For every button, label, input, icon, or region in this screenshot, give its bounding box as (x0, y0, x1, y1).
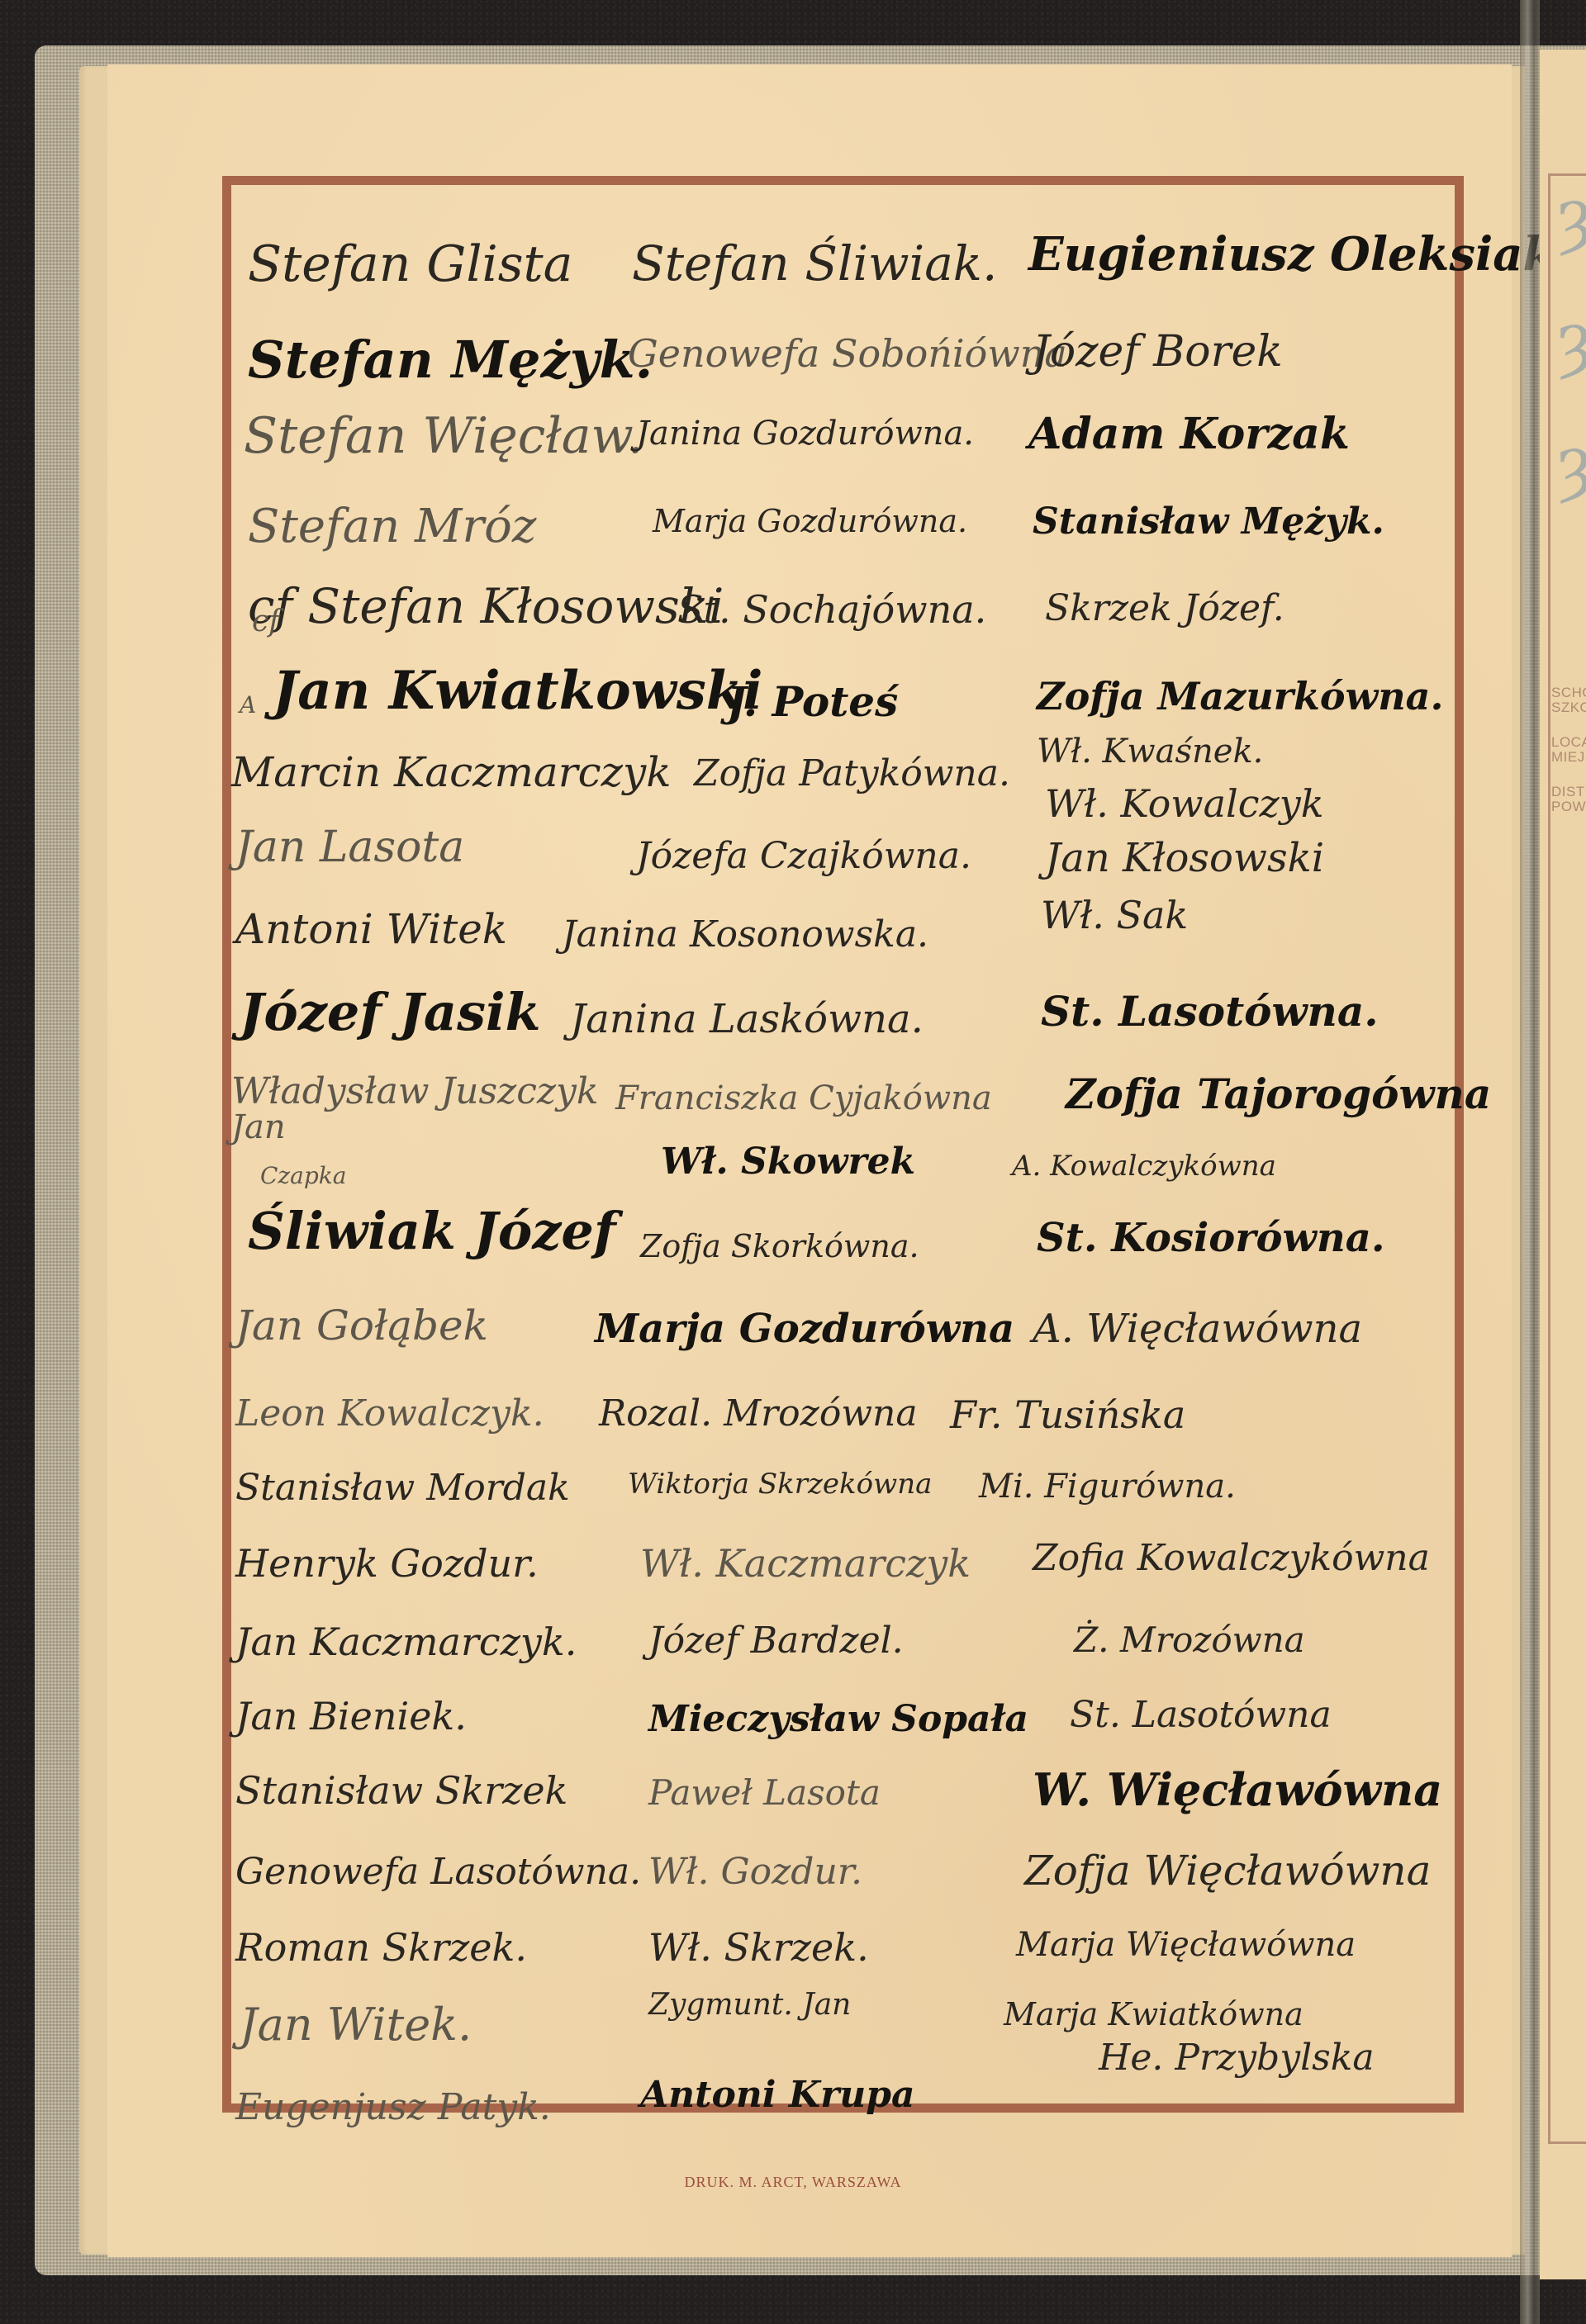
signature-r8-c3: Wł. Kowalczyk (1045, 785, 1324, 823)
signature-r20-c1: Jan Bieniek. (235, 1697, 467, 1735)
signature-r18-c2: Wł. Kaczmarczyk (640, 1544, 971, 1582)
signature-r10-c2: Janina Kosonowska. (562, 917, 928, 953)
adjacent-label-school: SCHO SZKO (1551, 685, 1586, 715)
signature-r22-c2: Wł. Gozdur. (648, 1854, 862, 1890)
signature-r20-c2: Mieczysław Sopała (648, 1701, 1028, 1738)
signature-r13-c2: Wł. Skowrek (661, 1144, 915, 1180)
signature-r11-c2: Janina Laskówna. (570, 999, 924, 1039)
signature-r3-c2: Janina Gozdurówna. (636, 417, 974, 450)
signature-r10-c1: Antoni Witek (235, 908, 507, 950)
signature-r21-c1: Stanisław Skrzek (235, 1771, 567, 1809)
adjacent-label-location: LOCA MIEJS (1551, 735, 1586, 765)
signature-r22-c1: Genowefa Lasotówna. (235, 1854, 641, 1890)
signature-r12-c2: Franciszka Cyjakówna (615, 1082, 992, 1115)
signature-r15-c3: A. Więcławówna (1033, 1309, 1362, 1349)
signature-r16-c2: Rozal. Mrozówna (599, 1396, 918, 1432)
signature-r11-c3: St. Lasotówna. (1041, 991, 1379, 1032)
adjacent-page: Ȝ Ȝ Ȝ SCHO SZKO LOCA MIEJS DISTR POW (1540, 50, 1586, 2279)
signature-r12-c1: Władysław Juszczyk (231, 1074, 599, 1110)
ornament-icon: Ȝ (1556, 314, 1586, 382)
signature-r17-c3: Mi. Figurówna. (979, 1470, 1236, 1503)
signature-r19-c3: Ż. Mrozówna (1074, 1623, 1305, 1658)
signature-r25-c3: He. Przybylska (1099, 2040, 1375, 2076)
signature-r2-c1: Stefan Mężyk. (248, 334, 653, 386)
signature-r26-c1: Eugenjusz Patyk. (235, 2089, 551, 2126)
signature-r4-c3: Stanisław Mężyk. (1033, 504, 1384, 540)
signature-r13-c1: Jan (231, 1111, 286, 1144)
margin-mark-a: A (240, 694, 256, 717)
signature-r17-c2: Wiktorja Skrzekówna (628, 1470, 932, 1498)
signature-r24-c2: Zygmunt. Jan (648, 1990, 851, 2020)
signature-r3-c1: Stefan Więcław. (244, 411, 643, 461)
signature-r2-c2: Genowefa Sobońiówna (628, 334, 1067, 372)
signature-r18-c1: Henryk Gozdur. (235, 1544, 539, 1582)
signature-r15-c1: Jan Gołąbek (235, 1305, 488, 1346)
signature-r24-c1: Jan Witek. (240, 2003, 472, 2047)
signature-r21-c2: Paweł Lasota (648, 1776, 881, 1810)
signature-r7-c1: Marcin Kaczmarczyk (231, 752, 672, 793)
signature-r16-c1: Leon Kowalczyk. (235, 1396, 544, 1432)
signature-r20-c3: St. Lasotówna (1070, 1697, 1332, 1734)
signature-r19-c2: Józef Bardzel. (648, 1623, 904, 1659)
signature-r13-c3: A. Kowalczykówna (1012, 1152, 1276, 1180)
signature-r9-c2: Józefa Czajkówna. (636, 838, 971, 875)
signature-r6-c3: Zofja Mazurkówna. (1037, 677, 1443, 715)
signature-r4-c2: Marja Gozdurówna. (653, 505, 967, 537)
book-gutter (1520, 0, 1540, 2324)
signature-r5-c3: Skrzek Józef. (1045, 590, 1284, 627)
signature-r9-c3: Jan Kłosowski (1045, 838, 1324, 878)
ornament-icon: Ȝ (1556, 438, 1586, 505)
signature-r11-c1: Józef Jasik (240, 987, 541, 1038)
margin-mark-cf: cf (252, 607, 280, 637)
signature-r24-c3: Marja Kwiatkówna (1004, 1999, 1303, 2030)
printer-imprint: DRUK. M. ARCT, WARSZAWA (0, 2174, 1586, 2191)
signature-r23-c3: Marja Więcławówna (1016, 1928, 1356, 1961)
signature-r14-c2: Zofja Skorkówna. (640, 1231, 919, 1262)
signature-r14-c1: Śliwiak Józef (248, 1206, 616, 1257)
signature-r23-c1: Roman Skrzek. (235, 1928, 527, 1966)
signature-r3-c3: Adam Korzak (1028, 413, 1350, 456)
signature-note-czapka: Czapka (260, 1164, 346, 1188)
signature-r17-c1: Stanisław Mordak (235, 1470, 570, 1506)
signature-r18-c3: Zofia Kowalczykówna (1033, 1540, 1430, 1577)
signature-r12-c3: Zofja Tajorogówna (1066, 1074, 1491, 1115)
adjacent-label-district: DISTR POW (1551, 785, 1586, 814)
signature-r22-c3: Zofja Więcławówna (1024, 1850, 1431, 1891)
signature-r6-c2: J. Poteś (727, 681, 898, 723)
signature-r1-c2: Stefan Śliwiak. (632, 240, 997, 287)
signature-r21-c3: W. Więcławówna (1033, 1767, 1442, 1812)
signature-r19-c1: Jan Kaczmarczyk. (235, 1623, 577, 1661)
signature-r5-c1: cf Stefan Kłosowski (248, 582, 724, 630)
signature-r10-c3: Wł. Sak (1041, 896, 1188, 934)
signature-r9-c1: Jan Lasota (235, 826, 464, 869)
signature-r23-c2: Wł. Skrzek. (648, 1928, 869, 1966)
signature-r16-c3: Fr. Tusińska (950, 1396, 1185, 1434)
ornament-icon: Ȝ (1556, 190, 1586, 258)
signature-r4-c1: Stefan Mróz (248, 504, 536, 550)
signature-r2-c3: Józef Borek (1033, 330, 1283, 373)
signature-r26-c2: Antoni Krupa (640, 2077, 915, 2113)
signature-r15-c2: Marja Gozdurówna (595, 1309, 1014, 1349)
signature-r7-c3: Wł. Kwaśnek. (1037, 735, 1263, 768)
signature-r14-c3: St. Kosiorówna. (1037, 1218, 1385, 1258)
signature-r7-c2: Zofja Patykówna. (694, 756, 1010, 792)
signature-r5-c2: St. Sochajówna. (677, 590, 986, 628)
signature-r1-c3: Eugieniusz Oleksiak (1028, 231, 1555, 277)
signature-r6-c1: Jan Kwiatkowski (273, 665, 762, 718)
signature-r1-c1: Stefan Glista (248, 240, 572, 289)
